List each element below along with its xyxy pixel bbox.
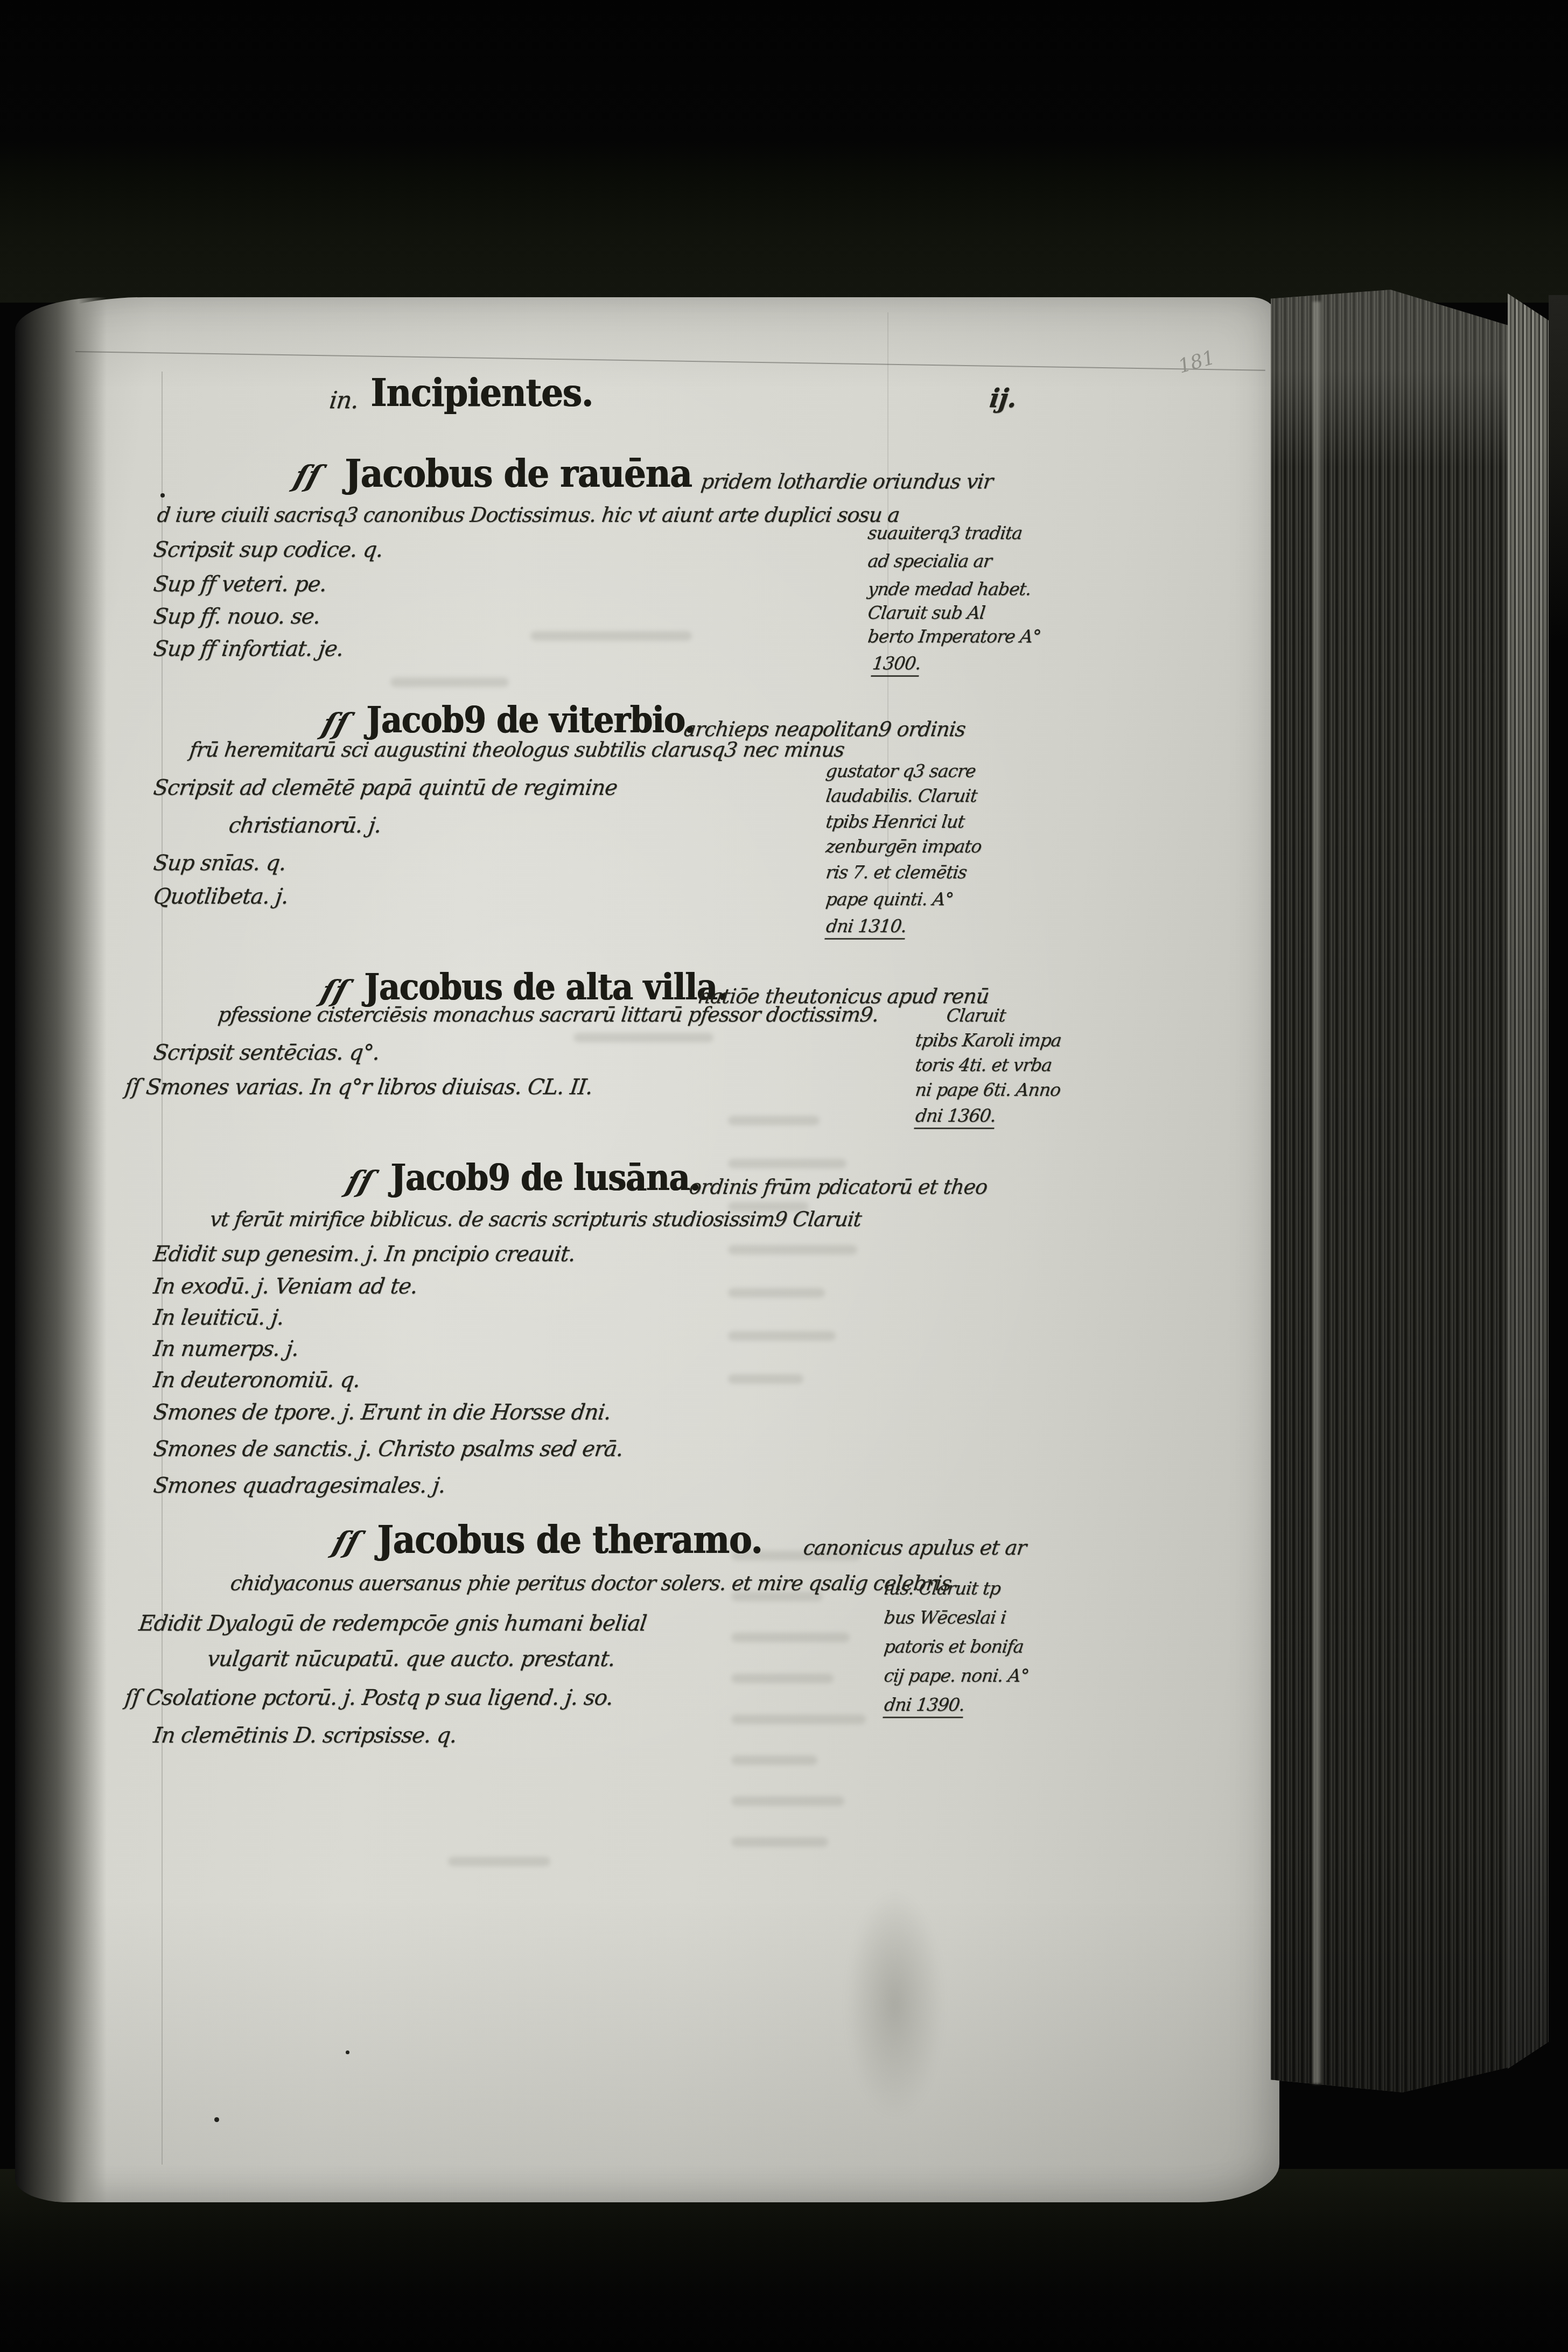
margin-note: tpibs Karoli impa [914, 1030, 1062, 1051]
work-line: Smones de tpore. j. Erunt in die Horsse … [152, 1400, 612, 1425]
fore-edge-corner-shadow [1549, 295, 1568, 640]
bleed-through-mark [448, 1857, 550, 1866]
work-line: In leuiticū. j. [152, 1305, 285, 1330]
entry-name-suffix: canonicus apulus et ar [802, 1536, 1027, 1559]
margin-note: ad specialia ar [867, 550, 993, 571]
work-line: Scripsit sup codice. q. [152, 537, 384, 562]
entry-line: chidyaconus auersanus phie peritus docto… [229, 1571, 953, 1595]
year-note: dni 1360. [914, 1105, 997, 1129]
entry-name: Jacobus de rauēna [345, 451, 691, 496]
work-line: vulgarit nūcupatū. que aucto. prestant. [206, 1647, 616, 1671]
work-line: Edidit sup genesim. j. In pncipio creaui… [152, 1242, 577, 1266]
entry-line: pfessione cisterciēsis monachus sacrarū … [216, 1003, 880, 1026]
work-line: In clemētinis D. scripsisse. q. [152, 1723, 458, 1748]
work-line: Sup ff veteri. pe. [152, 572, 328, 597]
bleed-through-mark [728, 1245, 857, 1255]
bleed-through-mark [728, 1116, 820, 1125]
bleed-through-mark [728, 1159, 846, 1168]
bleed-through-mark [731, 1674, 834, 1683]
entry-name: Jacobus de theramo. [377, 1517, 762, 1563]
entry-name: Jacob9 de viterbio. [366, 699, 695, 741]
fore-edge-highlight [1313, 302, 1321, 2084]
ink-speck [346, 2050, 349, 2054]
bleed-through-mark [731, 1796, 844, 1806]
work-line: In numerps. j. [152, 1336, 300, 1361]
bleed-through-mark [728, 1374, 803, 1384]
work-line: Smones de sanctis. j. Christo psalms sed… [152, 1437, 624, 1461]
ink-speck [160, 493, 165, 498]
margin-note: gustator q3 sacre [825, 760, 977, 781]
work-line: Sup snīas. q. [152, 851, 287, 876]
work-line: christianorū. j. [227, 813, 382, 838]
work-line: ſſ Csolatione pctorū. j. Postq p sua lig… [123, 1685, 614, 1710]
book-fore-edge [1271, 290, 1510, 2103]
entry-name-suffix: ordinis frūm pdicatorū et theo [688, 1175, 989, 1199]
entry-line: d iure ciuili sacrisq3 canonibus Doctiss… [156, 503, 901, 527]
work-line: Smones quadragesimales. j. [152, 1473, 446, 1498]
bleed-through-mark [731, 1714, 866, 1724]
work-line: ſſ Smones varias. In q°r libros diuisas.… [123, 1075, 594, 1100]
work-line: Scripsit sentēcias. q°. [152, 1040, 381, 1065]
margin-note: laudabilis. Claruit [825, 785, 978, 806]
margin-note: berto Imperatore A° [867, 626, 1042, 647]
margin-note: cij pape. noni. A° [883, 1665, 1030, 1686]
margin-note: zenburgēn impato [825, 836, 983, 857]
margin-note: patoris et bonifa [883, 1636, 1025, 1657]
year-note: 1300. [871, 653, 922, 677]
bleed-through-mark [731, 1755, 817, 1765]
gutter-shadow [15, 297, 107, 2202]
margin-note: bus Wēceslai i [883, 1607, 1007, 1628]
photo-background-top [0, 0, 1568, 303]
bleed-through-mark [731, 1633, 850, 1642]
page-title: Incipientes. [370, 370, 593, 416]
manuscript-photo: in. Incipientes. ij. 181 ſſ Jacobus de r… [0, 0, 1568, 2352]
entry-name: Jacobus de alta villa. [364, 966, 727, 1008]
stain-mark [846, 1891, 943, 2117]
margin-note: toris 4ti. et vrba [914, 1054, 1053, 1075]
margin-note: tpibs Henrici lut [825, 811, 966, 832]
work-line: In exodū. j. Veniam ad te. [152, 1274, 418, 1299]
bleed-through-mark [573, 1033, 713, 1042]
bleed-through-mark [530, 631, 692, 641]
bleed-through-mark [728, 1288, 825, 1298]
margin-note: ius. Claruit tp [883, 1578, 1002, 1599]
year-note: dni 1310. [824, 915, 907, 940]
work-line: Quotlibeta. j. [152, 884, 290, 909]
margin-note: pape quinti. A° [825, 888, 955, 909]
work-line: Scripsit ad clemētē papā quintū de regim… [152, 775, 619, 800]
entry-name-suffix: pridem lothardie oriundus vir [699, 470, 994, 493]
ink-speck [214, 2117, 219, 2122]
margin-note: ris 7. et clemētis [825, 862, 968, 883]
fore-edge-outer-band [1508, 293, 1549, 2087]
year-note: dni 1390. [883, 1694, 965, 1718]
work-line: Sup ff. nouo. se. [152, 604, 321, 629]
margin-note: ynde medad habet. [867, 578, 1032, 599]
section-prefix: in. [328, 387, 360, 414]
work-line: In deuteronomiū. q. [152, 1368, 361, 1392]
entry-line: vt ferūt mirifice biblicus. de sacris sc… [208, 1207, 863, 1231]
margin-note: Claruit [946, 1005, 1007, 1026]
margin-note: Claruit sub Al [867, 602, 986, 623]
bleed-through-mark [728, 1331, 836, 1341]
folio-number: ij. [988, 383, 1018, 414]
entry-name: Jacob9 de lusāna. [390, 1157, 700, 1199]
work-line: Sup ff infortiat. je. [152, 636, 345, 661]
margin-note: ni pape 6ti. Anno [914, 1079, 1062, 1100]
bleed-through-mark [731, 1837, 828, 1847]
bleed-through-mark [390, 677, 509, 687]
margin-note: suauiterq3 tradita [867, 522, 1024, 543]
work-line: Edidit Dyalogū de redempcōe gnis humani … [137, 1611, 648, 1636]
entry-line: frū heremitarū sci augustini theologus s… [188, 738, 845, 761]
